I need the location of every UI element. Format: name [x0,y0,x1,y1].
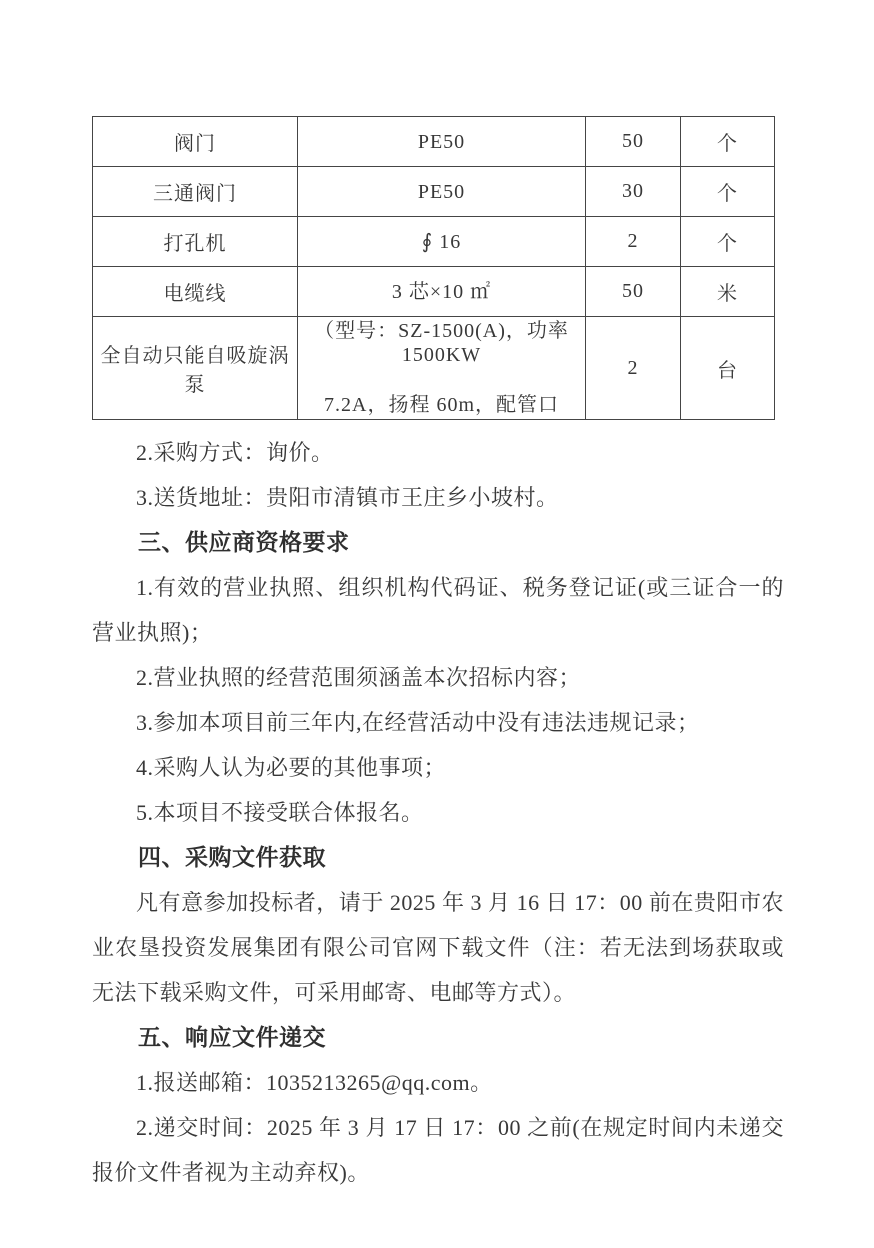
item-unit-cell: 个 [681,117,775,167]
item-unit-cell: 米 [681,267,775,317]
item-name-cell: 电缆线 [93,267,298,317]
item-name-cell: 三通阀门 [93,167,298,217]
paragraph: 5.本项目不接受联合体报名。 [92,790,784,835]
items-table: 阀门 PE50 50 个 三通阀门 PE50 30 个 打孔机 ∮ 16 2 个… [92,116,775,420]
item-spec-cell: 3 芯×10 ㎡ [298,267,586,317]
item-spec-cell: PE50 [298,167,586,217]
table-row: 打孔机 ∮ 16 2 个 [93,217,775,267]
document-body: 2.采购方式：询价。3.送货地址：贵阳市清镇市王庄乡小坡村。三、供应商资格要求1… [92,430,784,1195]
item-qty-cell: 2 [586,317,681,420]
document-page: 阀门 PE50 50 个 三通阀门 PE50 30 个 打孔机 ∮ 16 2 个… [0,0,874,1248]
item-spec-cell: PE50 [298,117,586,167]
item-spec-line: （型号：SZ-1500(A)，功率 1500KW [304,319,579,367]
paragraph: 2.营业执照的经营范围须涵盖本次招标内容； [92,655,784,700]
paragraph: 4.采购人认为必要的其他事项； [92,745,784,790]
paragraph: 2.递交时间：2025 年 3 月 17 日 17：00 之前(在规定时间内未递… [92,1105,784,1195]
section-heading: 三、供应商资格要求 [92,520,784,565]
paragraph: 1.有效的营业执照、组织机构代码证、税务登记证(或三证合一的营业执照)； [92,565,784,655]
item-spec-line: PE50 [304,180,579,204]
paragraph: 3.送货地址：贵阳市清镇市王庄乡小坡村。 [92,475,784,520]
table-row: 电缆线 3 芯×10 ㎡ 50 米 [93,267,775,317]
item-spec-line: PE50 [304,130,579,154]
item-name-cell: 全自动只能自吸旋涡泵 [93,317,298,420]
paragraph: 3.参加本项目前三年内,在经营活动中没有违法违规记录； [92,700,784,745]
table-row: 全自动只能自吸旋涡泵 （型号：SZ-1500(A)，功率 1500KW7.2A，… [93,317,775,420]
item-unit-cell: 台 [681,317,775,420]
item-qty-cell: 50 [586,267,681,317]
item-qty-cell: 30 [586,167,681,217]
item-unit-cell: 个 [681,217,775,267]
table-row: 三通阀门 PE50 30 个 [93,167,775,217]
item-qty-cell: 2 [586,217,681,267]
paragraph: 1.报送邮箱：1035213265@qq.com。 [92,1060,784,1105]
table-row: 阀门 PE50 50 个 [93,117,775,167]
paragraph: 凡有意参加投标者，请于 2025 年 3 月 16 日 17：00 前在贵阳市农… [92,880,784,1015]
item-name-cell: 打孔机 [93,217,298,267]
item-spec-cell: ∮ 16 [298,217,586,267]
item-qty-cell: 50 [586,117,681,167]
item-spec-line: ∮ 16 [304,230,579,254]
item-unit-cell: 个 [681,167,775,217]
section-heading: 五、响应文件递交 [92,1015,784,1060]
section-heading: 四、采购文件获取 [92,835,784,880]
paragraph: 2.采购方式：询价。 [92,430,784,475]
item-spec-line: 7.2A，扬程 60m，配管口 [304,393,579,417]
item-name-cell: 阀门 [93,117,298,167]
item-spec-line: 3 芯×10 ㎡ [304,280,579,304]
item-spec-cell: （型号：SZ-1500(A)，功率 1500KW7.2A，扬程 60m，配管口 [298,317,586,420]
